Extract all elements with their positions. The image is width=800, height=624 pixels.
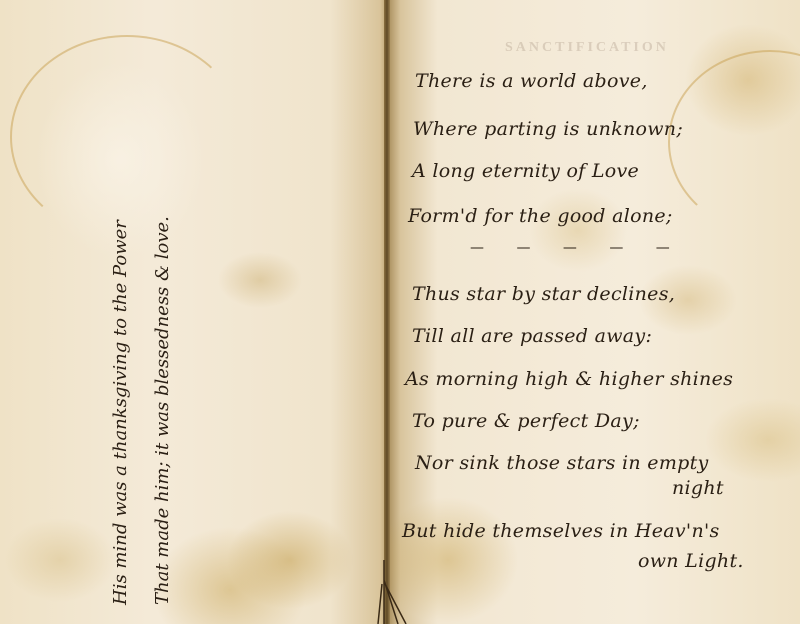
printed-heading: SANCTIFICATION [505,40,669,56]
verse-line: Nor sink those stars in empty [415,452,709,474]
stanza-separator: — — — — — [470,240,684,256]
verse-line: There is a world above, [415,70,648,92]
verse-line: Form'd for the good alone; [408,205,673,227]
verse-line: Where parting is unknown; [413,118,683,140]
book-spread: His mind was a thanksgiving to the Power… [0,0,800,624]
left-line-1: His mind was a thanksgiving to the Power [100,216,142,605]
verse-line: A long eternity of Love [412,160,639,182]
verse-line-continuation: night [672,477,724,499]
verse-line: Thus star by star declines, [412,283,675,305]
book-spine [384,0,390,624]
verse-line: But hide themselves in Heav'n's [402,520,720,542]
verse-line: As morning high & higher shines [405,368,733,390]
stain-outline [10,35,244,239]
stain-outline [668,50,800,234]
verse-line-continuation: own Light. [638,550,744,572]
left-page: His mind was a thanksgiving to the Power… [0,0,388,624]
verse-line: Till all are passed away: [412,325,652,347]
binding-thread-icon [376,560,416,624]
verse-line: To pure & perfect Day; [412,410,640,432]
left-line-2: That made him; it was blessedness & love… [142,216,184,605]
vertical-text-block: His mind was a thanksgiving to the Power… [100,216,184,605]
